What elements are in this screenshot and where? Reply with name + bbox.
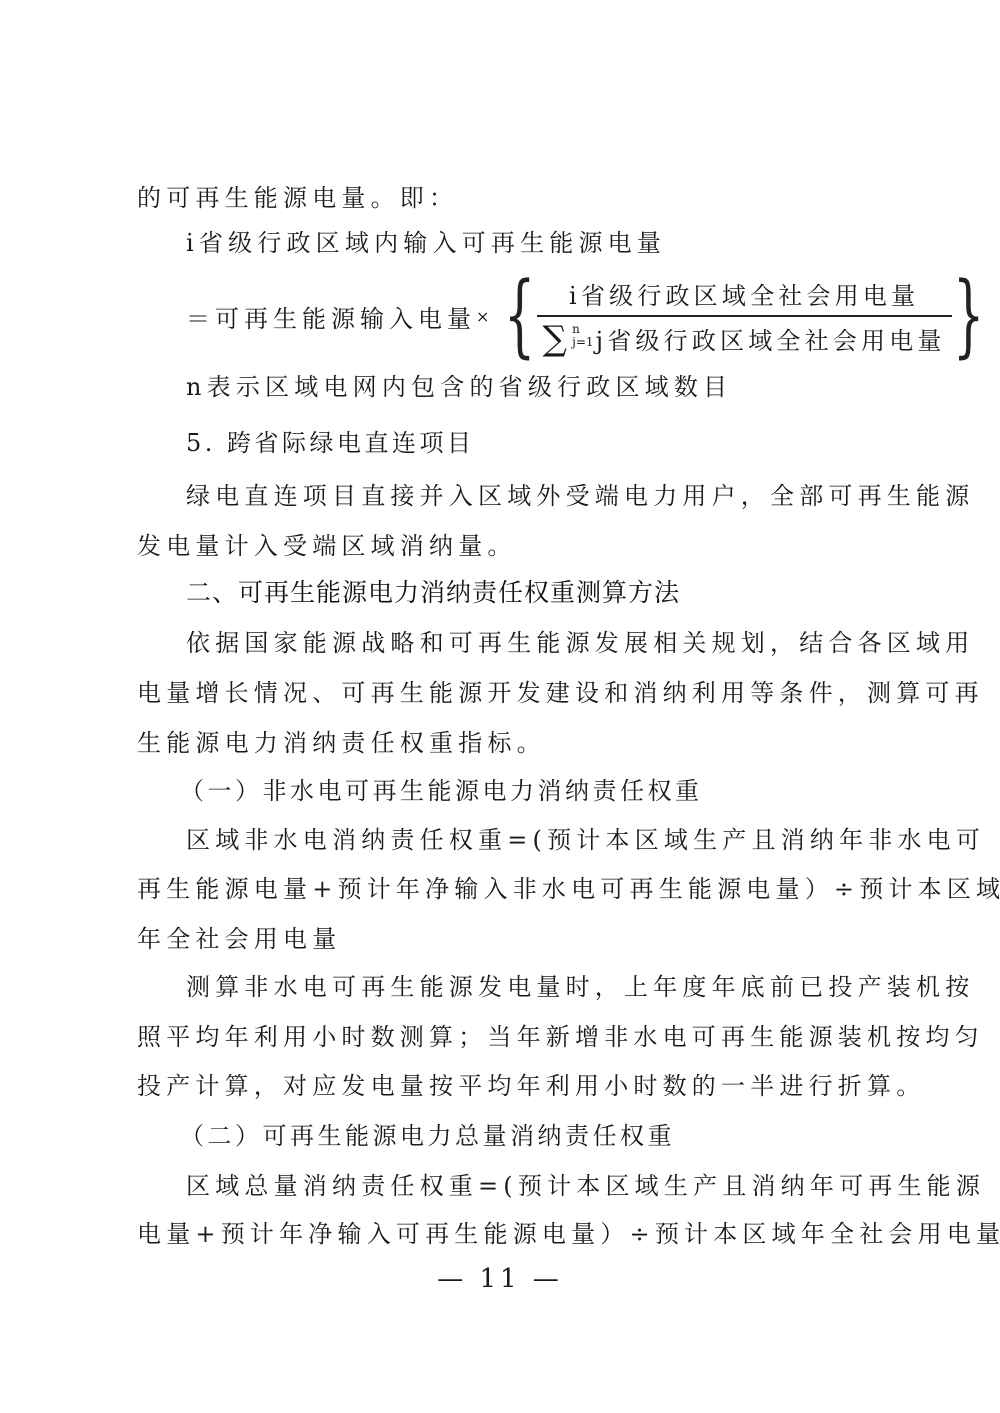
body-text-line: 电量+预计年净输入可再生能源电量）÷预计本区域年全社会用电量 [137,1219,1000,1249]
sum-lower-limit: j=1 [572,336,593,349]
body-text-line: 测算非水电可再生能源发电量时，上年度年底前已投产装机按 [186,972,974,1002]
body-text-line: 区域总量消纳责任权重=(预计本区域生产且消纳年可再生能源 [186,1171,985,1201]
part-2-heading: 二、可再生能源电力消纳责任权重测算方法 [186,578,680,608]
page-number: — 11 — [0,1264,1000,1294]
summation-limits: n j=1 [572,329,593,349]
formula-label: i省级行政区域内输入可再生能源电量 [186,228,666,258]
body-text-line: 年全社会用电量 [137,924,341,954]
body-text-line: 绿电直连项目直接并入区域外受端电力用户，全部可再生能源 [186,481,974,511]
section-5-heading: 5. 跨省际绿电直连项目 [186,428,475,458]
body-text-line: 电量增长情况、可再生能源开发建设和消纳利用等条件，测算可再 [137,678,984,708]
body-text-line: 投产计算，对应发电量按平均年利用小时数的一半进行折算。 [137,1071,925,1101]
left-brace: { [504,271,535,361]
body-text-line: 再生能源电量+预计年净输入非水电可再生能源电量）÷预计本区域 [137,874,1000,904]
body-text-line: 的可再生能源电量。即： [137,183,458,213]
fraction: i省级行政区域全社会用电量 ∑ n j=1 j省级行政区域全社会用电量 [537,276,952,356]
formula-lhs: ＝可再生能源输入电量 [186,299,476,334]
body-text-line: 区域非水电消纳责任权重=(预计本区域生产且消纳年非水电可 [186,825,985,855]
allocation-formula: ＝可再生能源输入电量 × { i省级行政区域全社会用电量 ∑ n j=1 j省级… [186,268,997,364]
summation-symbol: ∑ [543,322,571,356]
body-text-line: 依据国家能源战略和可再生能源发展相关规划，结合各区域用 [186,628,974,658]
sum-upper-limit: n [572,323,593,336]
denominator-text: j省级行政区域全社会用电量 [596,321,946,356]
formula-note: n表示区域电网内包含的省级行政区域数目 [186,372,732,402]
body-text-line: 生能源电力消纳责任权重指标。 [137,728,546,758]
multiply-sign: × [476,307,489,326]
subsection-1-heading: （一）非水电可再生能源电力消纳责任权重 [180,776,703,806]
fraction-numerator: i省级行政区域全社会用电量 [563,276,925,315]
body-text-line: 照平均年利用小时数测算；当年新增非水电可再生能源装机按均匀 [137,1022,984,1052]
subsection-2-heading: （二）可再生能源电力总量消纳责任权重 [180,1121,675,1151]
right-brace: } [953,271,984,361]
document-page: 的可再生能源电量。即： i省级行政区域内输入可再生能源电量 ＝可再生能源输入电量… [0,0,1000,1413]
body-text-line: 发电量计入受端区域消纳量。 [137,531,517,561]
fraction-denominator: ∑ n j=1 j省级行政区域全社会用电量 [537,317,952,356]
